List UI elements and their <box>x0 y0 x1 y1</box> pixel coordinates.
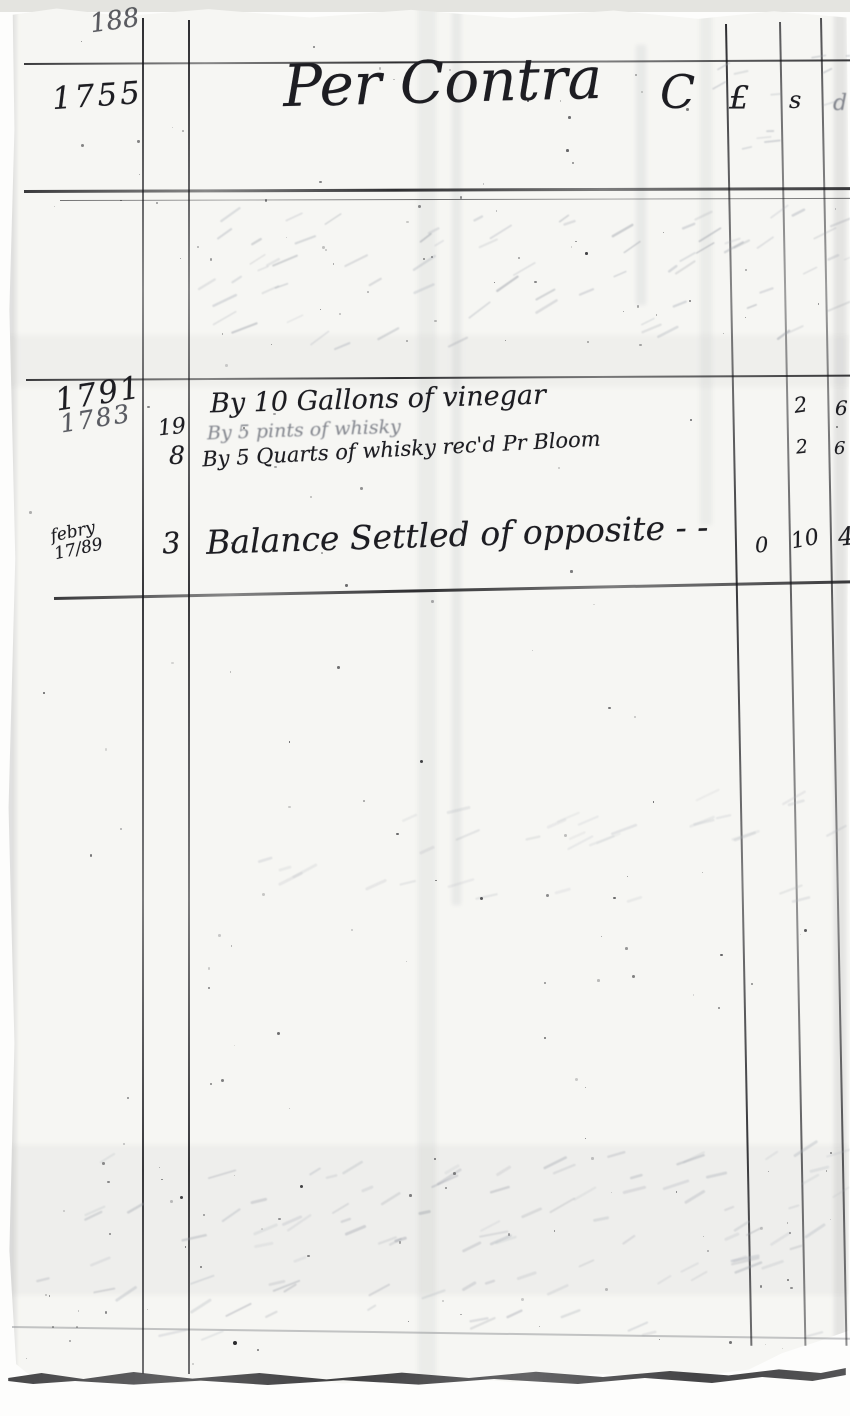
bleed-through-marks <box>0 0 850 1416</box>
ledger-scan-page: { "document": { "folio_number": "188", "… <box>0 0 850 1416</box>
